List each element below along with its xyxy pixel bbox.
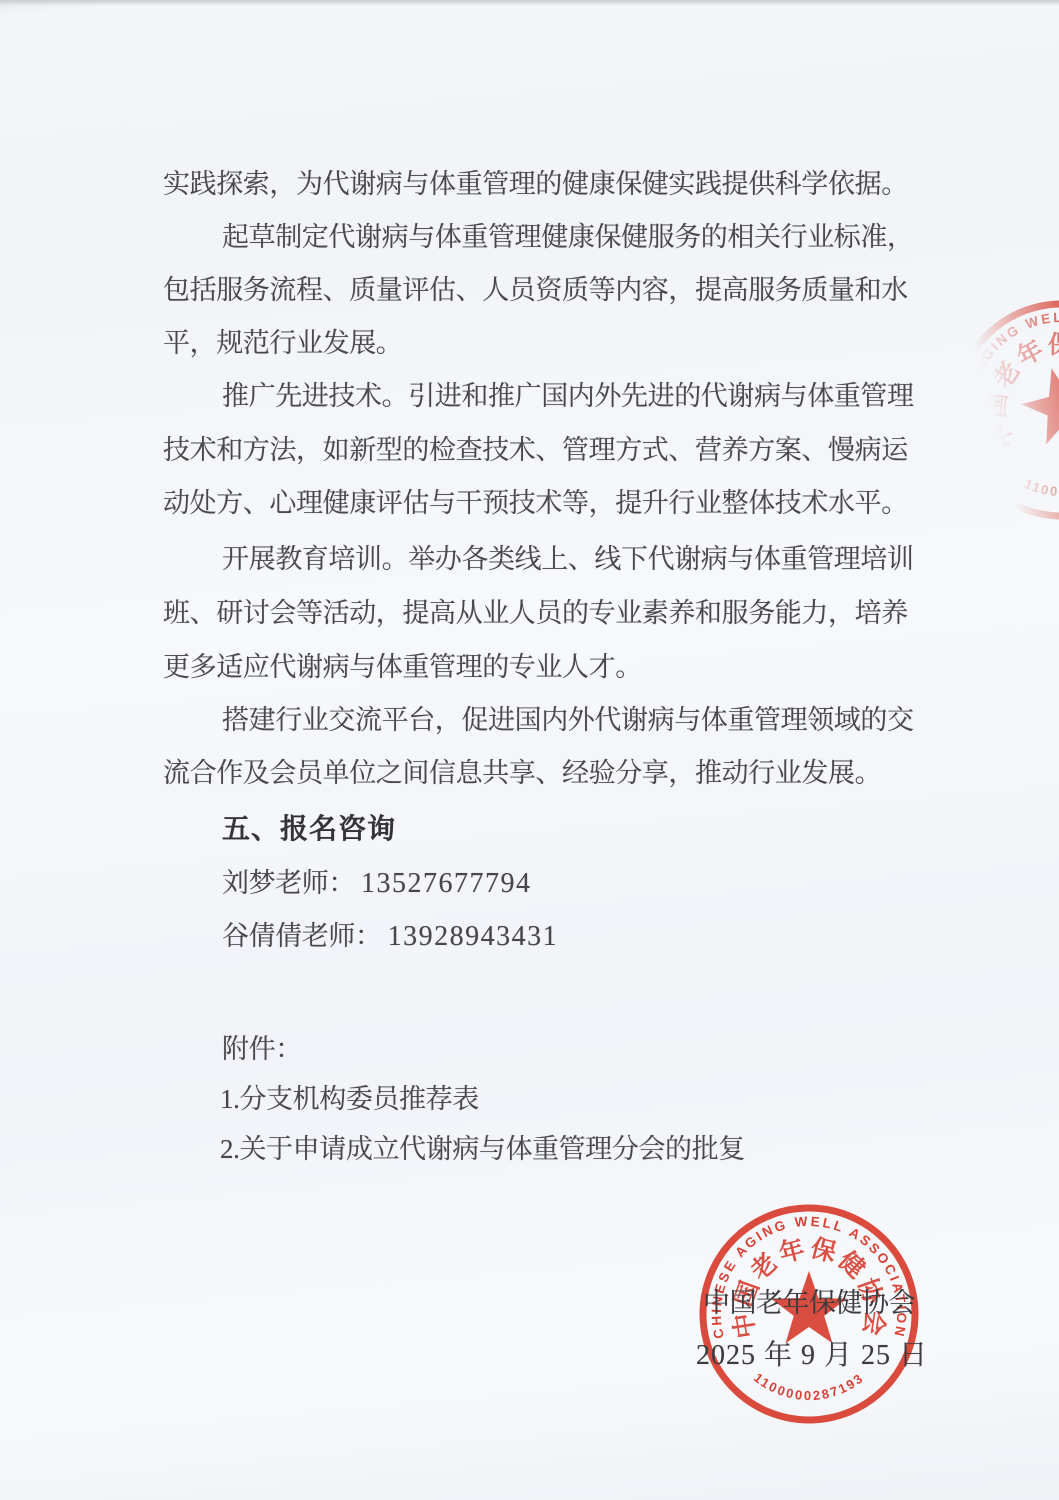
side-seal-fragment: CHINESE AGING WELL ASSOCIATION 110000028… [923,271,1059,550]
body-line: 流合作及会员单位之间信息共享、经验分享，推动行业发展。 [163,751,881,790]
attachment-item: 2.关于申请成立代谢病与体重管理分会的批复 [220,1127,745,1166]
signature-org-name: 中国老年保健协会 [703,1281,915,1320]
attachment-item: 1.分支机构委员推荐表 [220,1077,479,1116]
body-line: 更多适应代谢病与体重管理的专业人才。 [163,645,642,684]
body-line: 搭建行业交流平台，促进国内外代谢病与体重管理领域的交 [222,698,914,737]
attachments-label: 附件： [222,1027,302,1066]
body-line: 平，规范行业发展。 [163,321,402,360]
contact-name: 谷倩倩老师： [222,921,382,951]
body-line: 实践探索，为代谢病与体重管理的健康保健实践提供科学依据。 [163,162,908,201]
body-line: 动处方、心理健康评估与干预技术等，提升行业整体技术水平。 [163,481,908,520]
section-heading: 五、报名咨询 [222,807,396,847]
body-line: 推广先进技术。引进和推广国内外先进的代谢病与体重管理 [222,374,914,413]
body-line: 起草制定代谢病与体重管理健康保健服务的相关行业标准， [222,215,914,254]
contact-line: 刘梦老师：13527677794 [222,861,532,900]
signature-date: 2025 年 9 月 25 日 [696,1333,928,1373]
contact-phone: 13527677794 [355,868,532,899]
contact-name: 刘梦老师： [222,868,355,898]
contact-phone: 13928943431 [382,921,559,952]
seal-code-arc-text: 1100000287193 [751,1370,867,1403]
body-line: 班、研讨会等活动，提高从业人员的专业素养和服务能力，培养 [163,591,908,630]
body-line: 包括服务流程、质量评估、人员资质等内容，提高服务质量和水 [163,268,908,307]
seal-code-arc-text: 1100000287193 [1019,450,1059,510]
scanned-document-page: 实践探索，为代谢病与体重管理的健康保健实践提供科学依据。 起草制定代谢病与体重管… [0,0,1059,1500]
body-line: 技术和方法，如新型的检查技术、管理方式、营养方案、慢病运 [163,428,908,467]
body-line: 开展教育培训。举办各类线上、线下代谢病与体重管理培训 [222,537,914,576]
contact-line: 谷倩倩老师：13928943431 [222,914,558,953]
